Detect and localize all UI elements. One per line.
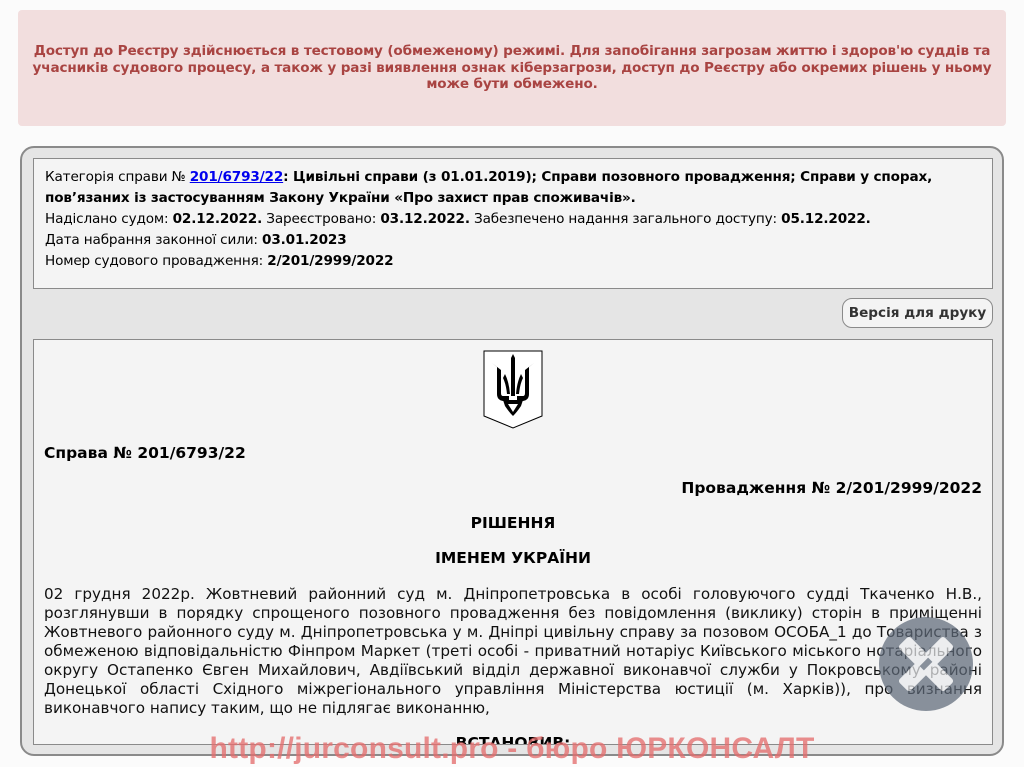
case-number-heading: Справа № 201/6793/22	[44, 444, 246, 462]
print-version-button[interactable]: Версія для друку	[842, 298, 993, 328]
proceeding-number: Номер судового провадження: 2/201/2999/2…	[45, 251, 981, 272]
access-warning-alert: Доступ до Реєстру здійснюється в тестово…	[18, 10, 1006, 126]
effective-date: Дата набрання законної сили: 03.01.2023	[45, 230, 981, 251]
alert-text: Доступ до Реєстру здійснюється в тестово…	[32, 43, 992, 93]
case-dates: Надіслано судом: 02.12.2022. Зареєстрова…	[45, 209, 981, 230]
case-category: Категорія справи № 201/6793/22: Цивільні…	[45, 167, 981, 209]
decision-card: Категорія справи № 201/6793/22: Цивільні…	[20, 146, 1004, 756]
proceeding-number-heading: Провадження № 2/201/2999/2022	[681, 479, 982, 497]
decision-title: РІШЕННЯ	[34, 514, 992, 532]
case-number-link[interactable]: 201/6793/22	[190, 169, 283, 185]
decision-subtitle: ІМЕНЕМ УКРАЇНИ	[34, 549, 992, 567]
decision-document: Справа № 201/6793/22 Провадження № 2/201…	[33, 339, 993, 745]
watermark-text: http://jurconsult.pro - бюро ЮРКОНСАЛТ	[0, 732, 1024, 766]
puzzle-badge-icon	[878, 616, 974, 712]
decision-paragraph: 02 грудня 2022р. Жовтневий районний суд …	[44, 585, 982, 718]
ukraine-coat-of-arms-icon	[483, 350, 543, 430]
case-info-panel: Категорія справи № 201/6793/22: Цивільні…	[33, 158, 993, 289]
